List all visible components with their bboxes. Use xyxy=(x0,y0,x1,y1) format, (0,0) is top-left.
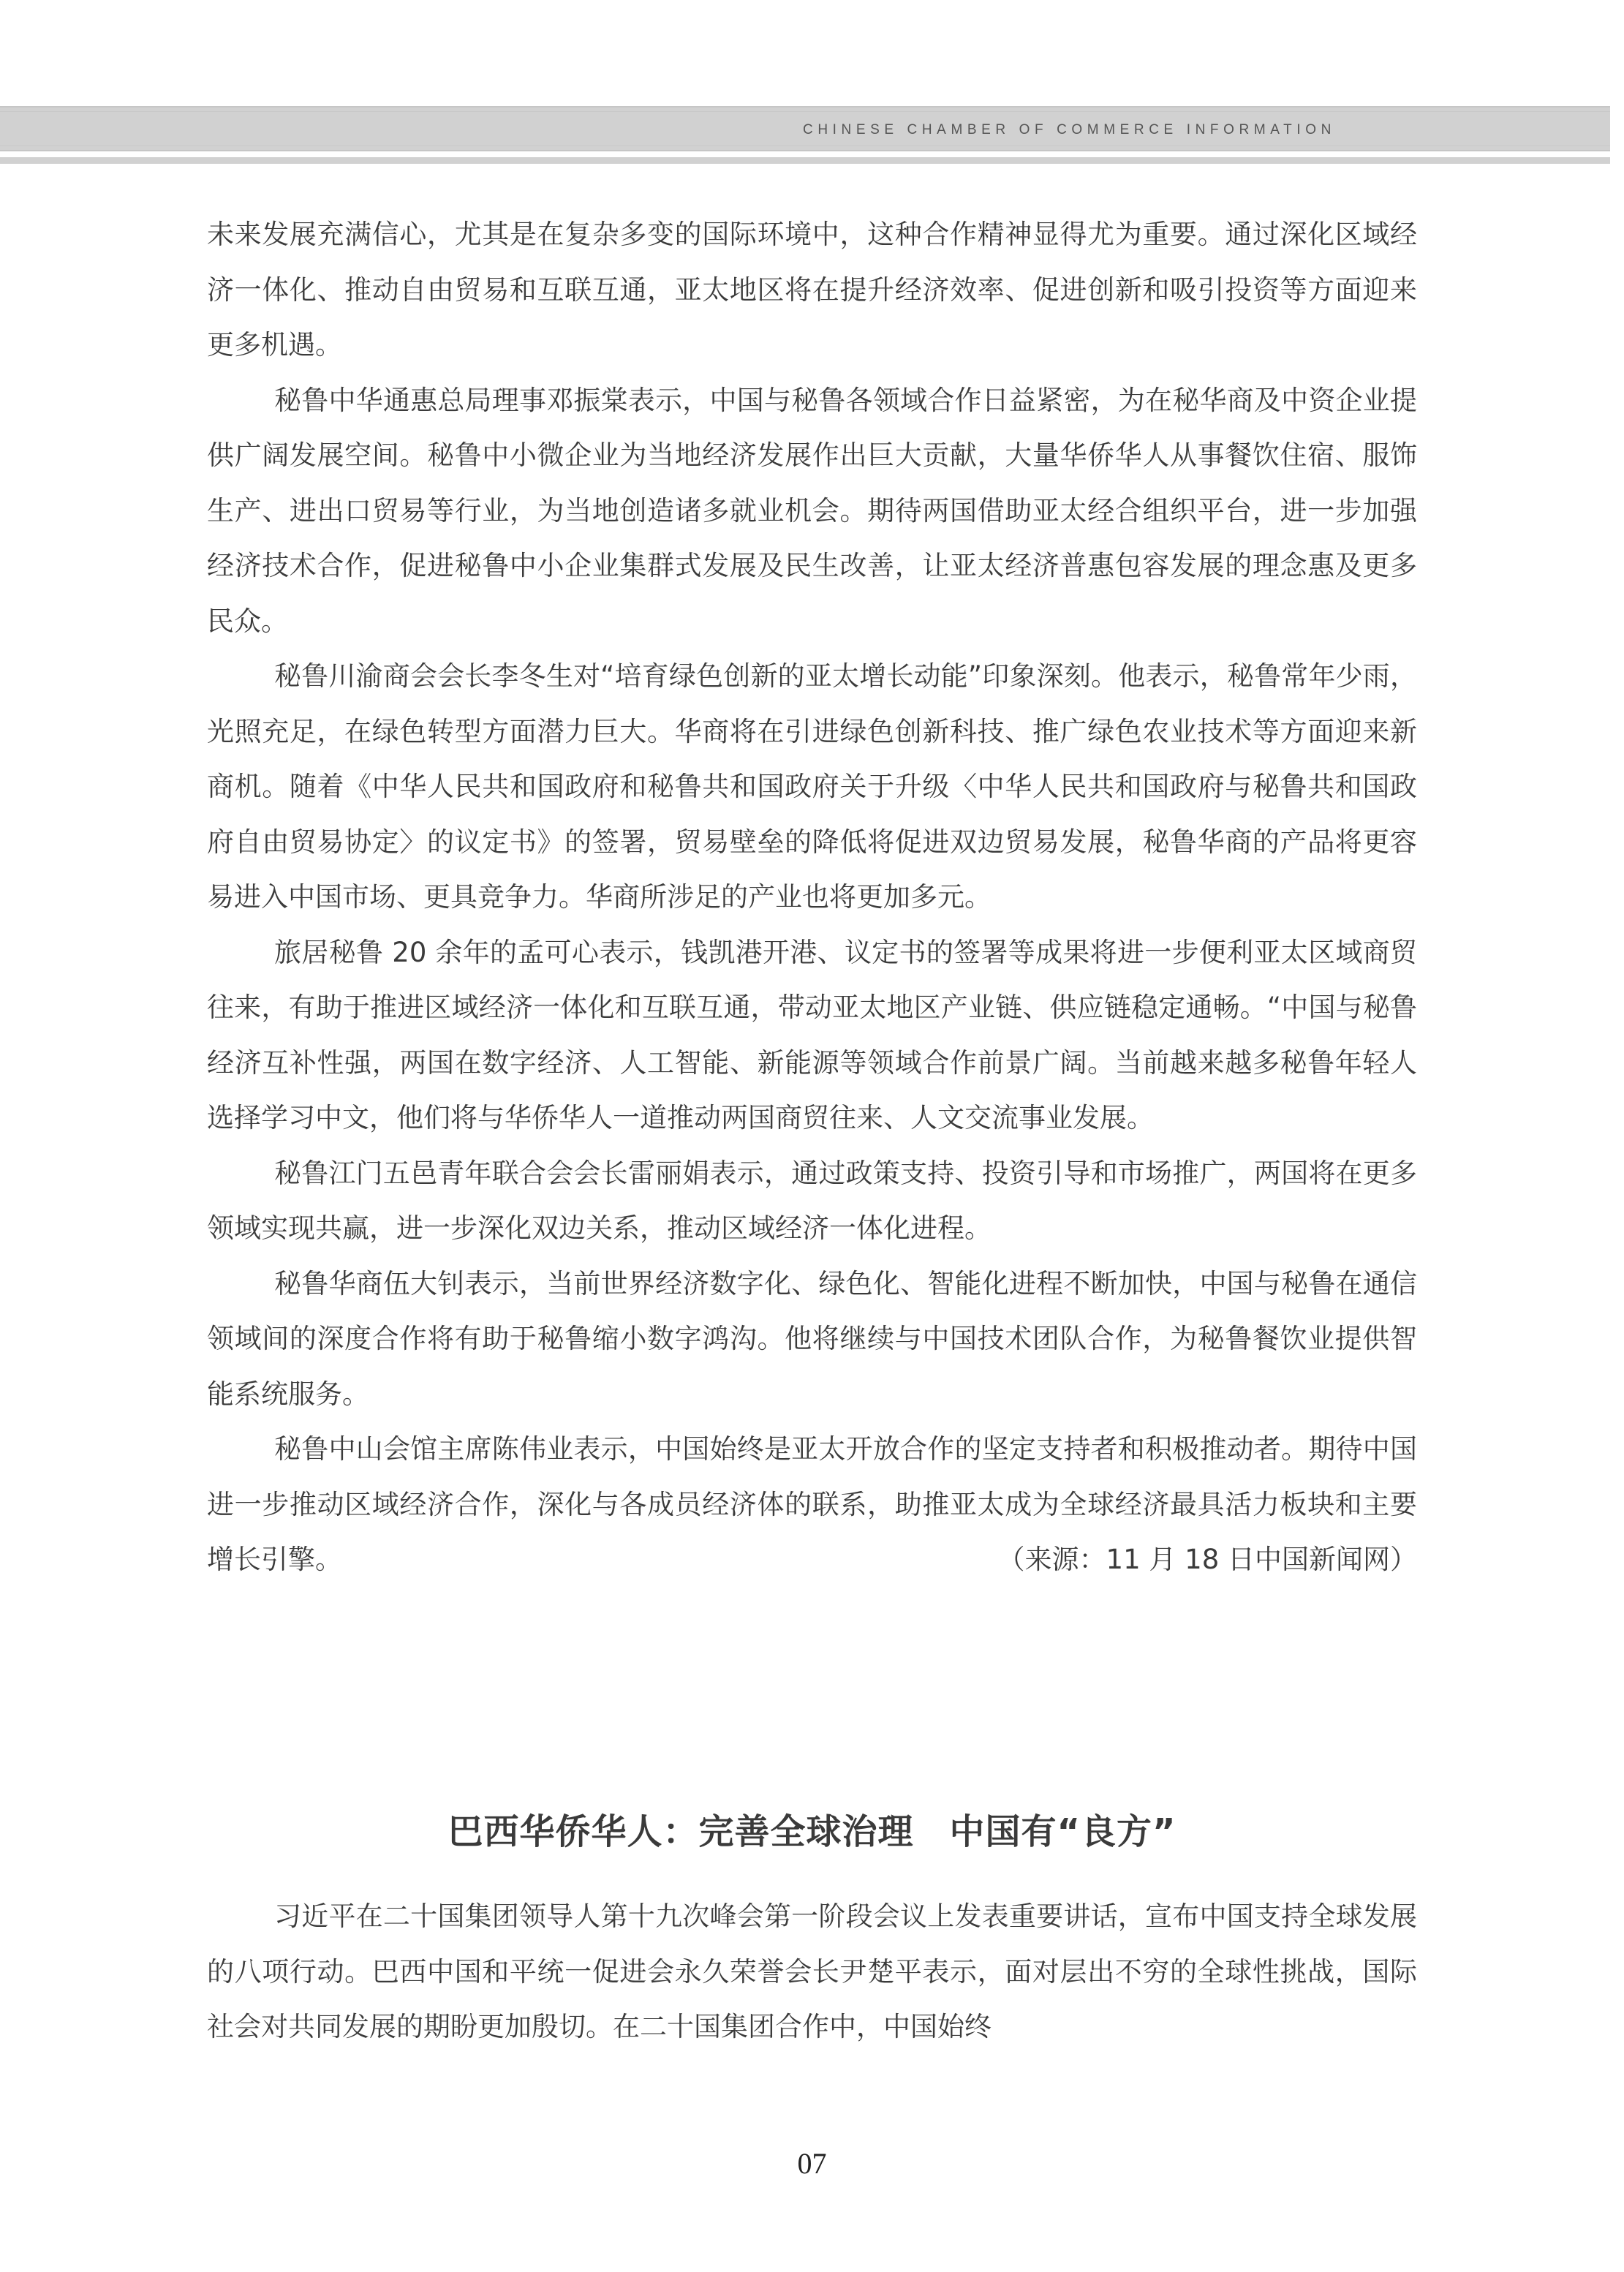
paragraph: 秘鲁华商伍大钊表示，当前世界经济数字化、绿色化、智能化进程不断加快，中国与秘鲁在… xyxy=(207,1256,1417,1422)
header-stripe xyxy=(0,157,1610,164)
header-divider xyxy=(0,111,1610,112)
header-band: CHINESE CHAMBER OF COMMERCE INFORMATION xyxy=(0,106,1610,151)
paragraph: 秘鲁江门五邑青年联合会会长雷丽娟表示，通过政策支持、投资引导和市场推广，两国将在… xyxy=(207,1146,1417,1256)
paragraph-with-source: 秘鲁中山会馆主席陈伟业表示，中国始终是亚太开放合作的坚定支持者和积极推动者。期待… xyxy=(207,1422,1417,1588)
article-title: 巴西华侨华人：完善全球治理 中国有“良方” xyxy=(207,1803,1417,1854)
article-body: 习近平在二十国集团领导人第十九次峰会第一阶段会议上发表重要讲话，宣布中国支持全球… xyxy=(207,1889,1417,2055)
paragraph: 旅居秘鲁 20 余年的孟可心表示，钱凯港开港、议定书的签署等成果将进一步便利亚太… xyxy=(207,925,1417,1146)
paragraph: 秘鲁中华通惠总局理事邓振棠表示，中国与秘鲁各领域合作日益紧密，为在秘华商及中资企… xyxy=(207,373,1417,649)
page-number: 07 xyxy=(0,2146,1624,2181)
publication-title: CHINESE CHAMBER OF COMMERCE INFORMATION xyxy=(803,122,1336,138)
paragraph: 习近平在二十国集团领导人第十九次峰会第一阶段会议上发表重要讲话，宣布中国支持全球… xyxy=(207,1889,1417,2055)
header-divider xyxy=(0,146,1610,146)
article-body: 未来发展充满信心，尤其是在复杂多变的国际环境中，这种合作精神显得尤为重要。通过深… xyxy=(207,207,1417,1588)
paragraph: 秘鲁川渝商会会长李冬生对“培育绿色创新的亚太增长动能”印象深刻。他表示，秘鲁常年… xyxy=(207,649,1417,925)
paragraph: 未来发展充满信心，尤其是在复杂多变的国际环境中，这种合作精神显得尤为重要。通过深… xyxy=(207,207,1417,373)
source-citation: （来源：11 月 18 日中国新闻网） xyxy=(931,1532,1417,1588)
